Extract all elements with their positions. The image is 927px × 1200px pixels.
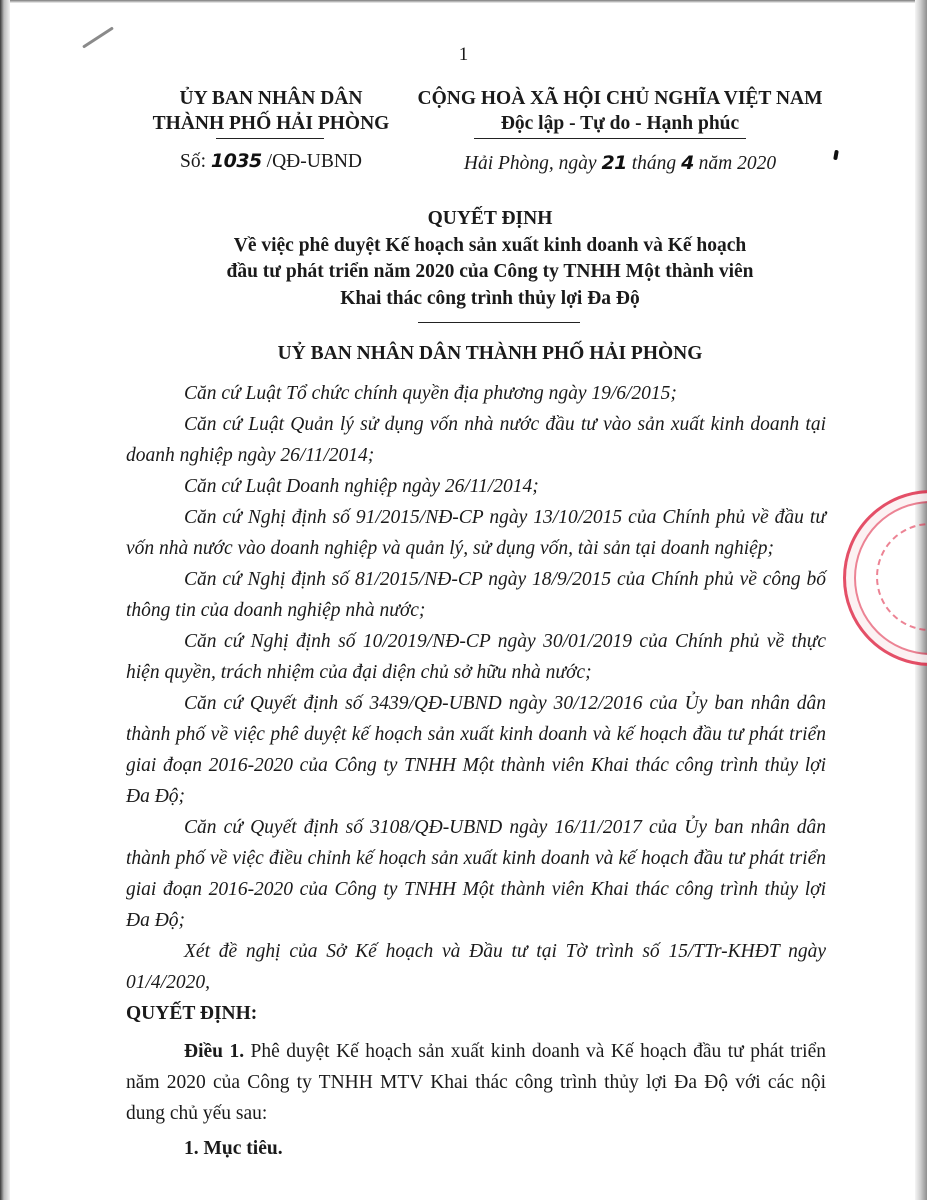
title-underline — [418, 322, 580, 323]
decision-title: QUYẾT ĐỊNH Về việc phê duyệt Kế hoạch sả… — [160, 206, 820, 312]
issuer-header: ỦY BAN NHÂN DÂN THÀNH PHỐ HẢI PHÒNG — [150, 86, 392, 136]
date-prefix: Hải Phòng, ngày — [464, 153, 602, 174]
legal-basis-item: Xét đề nghị của Sở Kế hoạch và Đầu tư tạ… — [126, 936, 826, 998]
issue-date: Hải Phòng, ngày 21 tháng 4 năm 2020 — [410, 152, 830, 175]
scan-edge-top — [0, 0, 927, 3]
subject-line-2: đầu tư phát triển năm 2020 của Công ty T… — [160, 259, 820, 286]
nation-motto: Độc lập - Tự do - Hạnh phúc — [410, 111, 830, 136]
handwritten-month: 4 — [681, 152, 694, 174]
issuing-authority: UỶ BAN NHÂN DÂN THÀNH PHỐ HẢI PHÒNG — [160, 343, 820, 365]
subject-line-1: Về việc phê duyệt Kế hoạch sản xuất kinh… — [160, 233, 820, 260]
handwritten-day: 21 — [601, 152, 626, 174]
legal-basis-item: Căn cứ Luật Tổ chức chính quyền địa phươ… — [126, 378, 826, 409]
ref-prefix: Số: — [180, 151, 211, 172]
legal-basis-item: Căn cứ Luật Doanh nghiệp ngày 26/11/2014… — [126, 471, 826, 502]
article-1-text: Điều 1. Phê duyệt Kế hoạch sản xuất kinh… — [126, 1036, 826, 1129]
page-number: 1 — [0, 44, 927, 66]
issuer-line-2: THÀNH PHỐ HẢI PHÒNG — [150, 111, 392, 136]
section-1-label: 1. Mục tiêu. — [184, 1138, 283, 1159]
red-seal-stamp — [843, 490, 927, 666]
ref-suffix: /QĐ-UBND — [262, 151, 362, 172]
date-suffix: năm 2020 — [694, 153, 776, 174]
title-heading: QUYẾT ĐỊNH — [160, 206, 820, 233]
decision-heading: QUYẾT ĐỊNH: — [126, 998, 826, 1029]
legal-basis-item: Căn cứ Luật Quản lý sử dụng vốn nhà nước… — [126, 409, 826, 471]
handwritten-ref-number: 1035 — [211, 150, 262, 172]
legal-basis-item: Căn cứ Nghị định số 81/2015/NĐ-CP ngày 1… — [126, 564, 826, 626]
issuer-underline — [216, 138, 324, 139]
article-1-label: Điều 1. — [184, 1041, 244, 1062]
document-number: Số: 1035 /QĐ-UBND — [150, 150, 392, 173]
subject-line-3: Khai thác công trình thủy lợi Đa Độ — [160, 286, 820, 313]
legal-basis-item: Căn cứ Nghị định số 91/2015/NĐ-CP ngày 1… — [126, 502, 826, 564]
legal-basis-item: Căn cứ Nghị định số 10/2019/NĐ-CP ngày 3… — [126, 626, 826, 688]
issuer-line-1: ỦY BAN NHÂN DÂN — [150, 86, 392, 111]
legal-basis-item: Căn cứ Quyết định số 3439/QĐ-UBND ngày 3… — [126, 688, 826, 812]
scan-edge-left — [0, 0, 10, 1200]
ink-mark — [833, 150, 839, 161]
article-1: Điều 1. Phê duyệt Kế hoạch sản xuất kinh… — [126, 1036, 826, 1164]
legal-basis-item: Căn cứ Quyết định số 3108/QĐ-UBND ngày 1… — [126, 812, 826, 936]
date-mid: tháng — [627, 153, 681, 174]
section-1-heading: 1. Mục tiêu. — [126, 1133, 826, 1164]
nation-line-1: CỘNG HOÀ XÃ HỘI CHỦ NGHĨA VIỆT NAM — [410, 86, 830, 111]
motto-underline — [474, 138, 746, 139]
national-header: CỘNG HOÀ XÃ HỘI CHỦ NGHĨA VIỆT NAM Độc l… — [410, 86, 830, 136]
seal-inner-ring — [876, 523, 927, 631]
legal-bases: Căn cứ Luật Tổ chức chính quyền địa phươ… — [126, 378, 826, 1029]
